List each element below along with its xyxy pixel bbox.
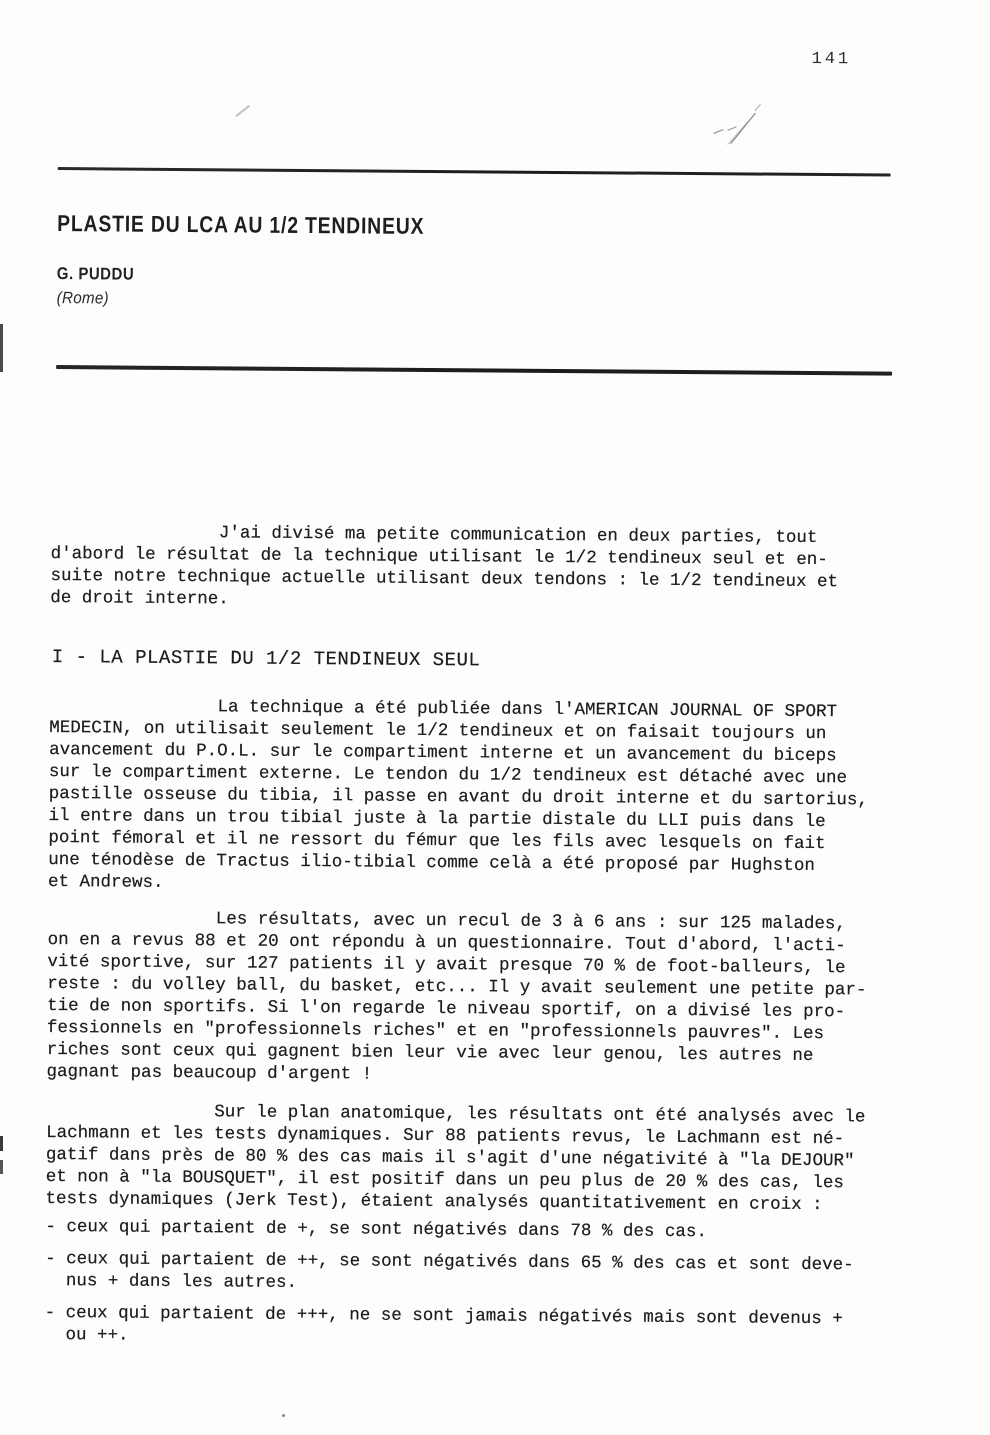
- author-name: G. PUDDU: [57, 264, 135, 285]
- page-number: 141: [811, 50, 851, 71]
- list-item: - ceux qui partaient de +++, ne se sont …: [44, 1302, 899, 1353]
- pencil-marks: [706, 100, 821, 153]
- paragraph-anatomique: Sur le plan anatomique, les résultats on…: [45, 1100, 901, 1217]
- paper-title: PLASTIE DU LCA AU 1/2 TENDINEUX: [57, 210, 424, 240]
- scan-edge-artifact: [0, 324, 3, 372]
- scan-edge-artifact: [0, 1160, 3, 1174]
- scan-edge-artifact: [0, 1136, 3, 1151]
- paragraph-technique: La technique a été publiée dans l'AMERIC…: [48, 695, 905, 900]
- horizontal-rule-top: [58, 167, 891, 177]
- scanned-paper-page: { "page": { "number": "141" }, "header":…: [0, 0, 990, 1435]
- section-heading: I - LA PLASTIE DU 1/2 TENDINEUX SEUL: [52, 646, 907, 675]
- horizontal-rule-bottom: [56, 365, 892, 375]
- paragraph-resultats: Les résultats, avec un recul de 3 à 6 an…: [46, 907, 902, 1090]
- intro-paragraph: J'ai divisé ma petite communication en d…: [50, 521, 906, 616]
- page-content: 141 PLASTIE DU LCA AU 1/2 TENDINEUX G. P…: [44, 0, 915, 1435]
- list-item: - ceux qui partaient de ++, se sont néga…: [45, 1248, 900, 1299]
- list-item: - ceux qui partaient de +, se sont négat…: [45, 1216, 900, 1245]
- author-location: (Rome): [57, 289, 109, 308]
